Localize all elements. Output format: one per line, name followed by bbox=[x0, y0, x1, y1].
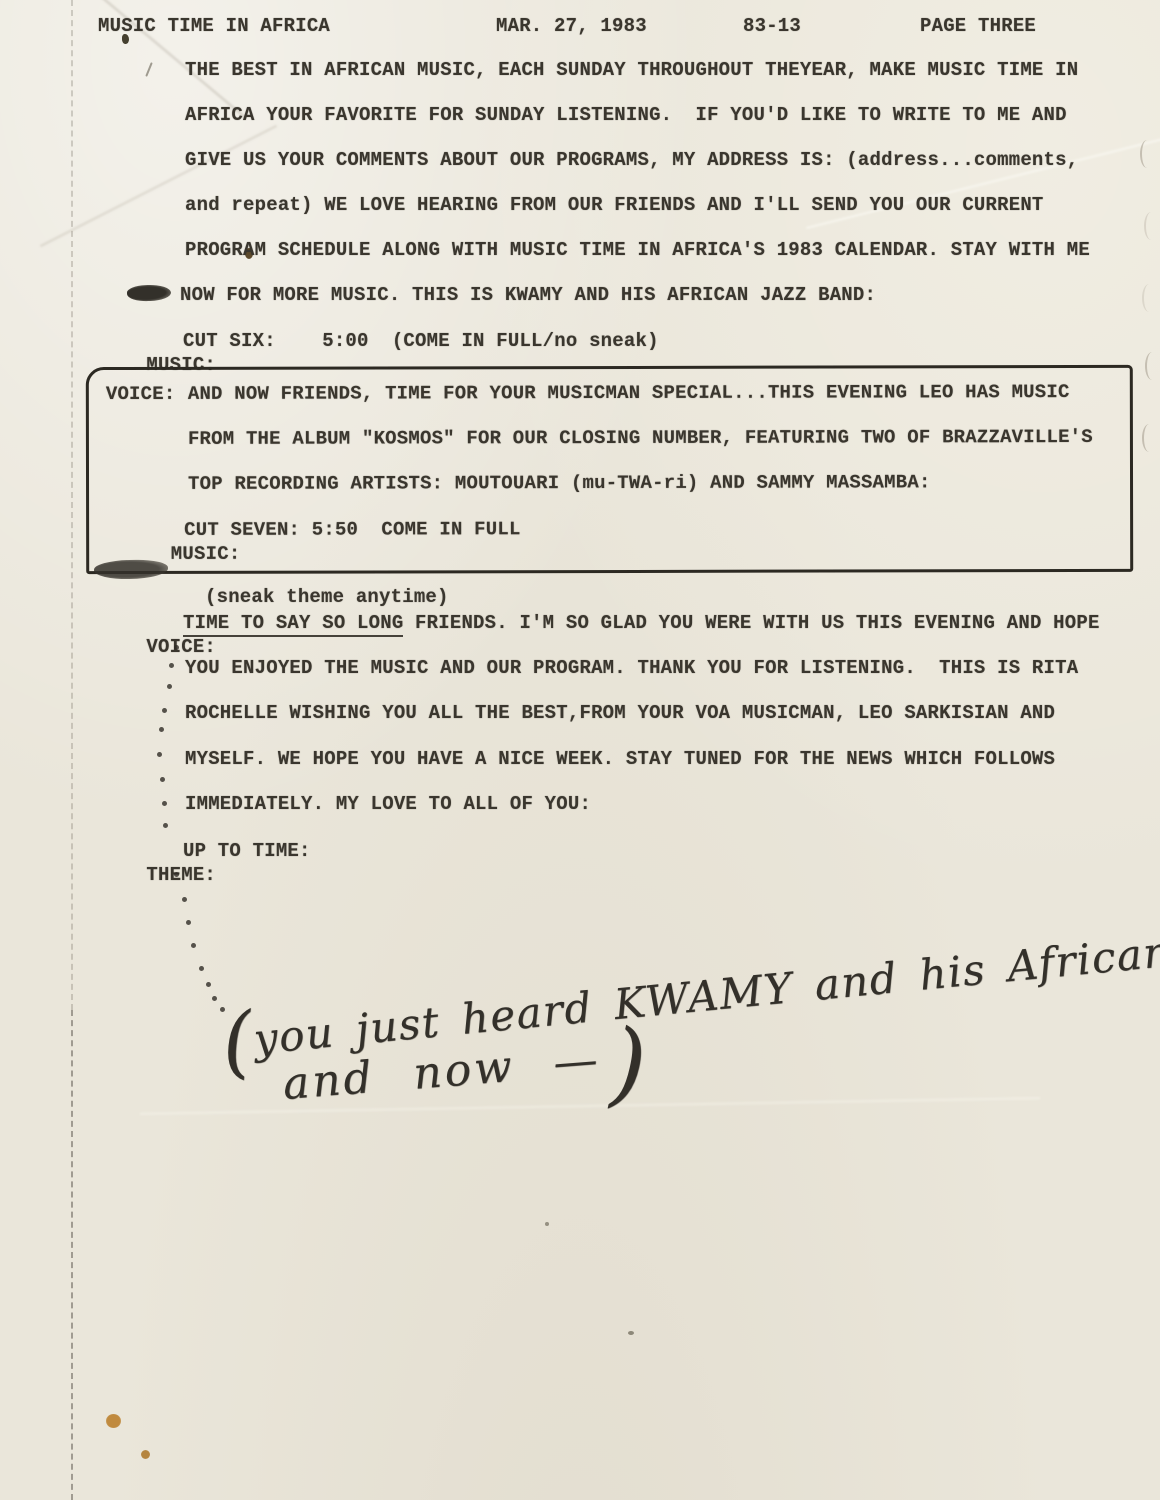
pen-dot bbox=[174, 872, 179, 877]
handwritten-close-paren: ) bbox=[609, 1009, 651, 1117]
pen-dot bbox=[167, 684, 172, 689]
pen-dot bbox=[182, 897, 187, 902]
paper-impression bbox=[1145, 352, 1159, 380]
handwritten-text: and now — bbox=[281, 1034, 602, 1110]
pen-dot bbox=[160, 777, 165, 782]
voice-cue-label: VOICE: bbox=[106, 382, 176, 406]
pen-dot bbox=[191, 943, 196, 948]
script-line: NOW FOR MORE MUSIC. THIS IS KWAMY AND HI… bbox=[180, 283, 876, 307]
pen-dot bbox=[206, 982, 211, 987]
paper-impression bbox=[1144, 212, 1158, 240]
script-line: YOU ENJOYED THE MUSIC AND OUR PROGRAM. T… bbox=[185, 656, 1078, 680]
pen-dot bbox=[157, 752, 162, 757]
script-line: ROCHELLE WISHING YOU ALL THE BEST,FROM Y… bbox=[185, 701, 1055, 725]
stage-direction: (sneak theme anytime) bbox=[205, 585, 449, 609]
handwritten-open-paren: ( bbox=[218, 996, 258, 1089]
pen-dot bbox=[162, 801, 167, 806]
header-page-number: PAGE THREE bbox=[920, 14, 1036, 38]
pen-dot bbox=[163, 823, 168, 828]
boxed-section: VOICE: AND NOW FRIENDS, TIME FOR YOUR MU… bbox=[86, 365, 1133, 574]
stain bbox=[106, 1414, 121, 1428]
paper-speck bbox=[628, 1331, 634, 1335]
script-line: PROGRAM SCHEDULE ALONG WITH MUSIC TIME I… bbox=[185, 238, 1090, 262]
pen-dot bbox=[186, 920, 191, 925]
music-cue-text: CUT SIX: 5:00 (COME IN FULL/no sneak) bbox=[183, 329, 659, 353]
script-line: AFRICA YOUR FAVORITE FOR SUNDAY LISTENIN… bbox=[185, 103, 1067, 127]
script-line: TOP RECORDING ARTISTS: MOUTOUARI (mu-TWA… bbox=[188, 470, 931, 496]
pen-dot bbox=[162, 708, 167, 713]
ink-blot bbox=[127, 284, 172, 302]
fold-line-lower bbox=[71, 1010, 73, 1500]
script-line: THE BEST IN AFRICAN MUSIC, EACH SUNDAY T… bbox=[185, 58, 1078, 82]
script-line: IMMEDIATELY. MY LOVE TO ALL OF YOU: bbox=[185, 792, 591, 816]
scanned-script-page: MUSIC TIME IN AFRICA MAR. 27, 1983 83-13… bbox=[0, 0, 1160, 1500]
music-cue-label: MUSIC: bbox=[171, 542, 241, 566]
crease bbox=[40, 125, 277, 247]
header-script-number: 83-13 bbox=[743, 14, 801, 38]
script-line: GIVE US YOUR COMMENTS ABOUT OUR PROGRAMS… bbox=[185, 148, 1078, 172]
underlined-phrase: TIME TO SAY SO LONG bbox=[183, 612, 403, 637]
stain bbox=[141, 1450, 150, 1459]
header-date: MAR. 27, 1983 bbox=[496, 14, 647, 38]
pen-dot bbox=[159, 727, 164, 732]
pen-dot bbox=[174, 645, 179, 650]
paper-impression bbox=[1140, 140, 1154, 168]
pen-dot bbox=[212, 996, 217, 1001]
script-line: and repeat) WE LOVE HEARING FROM OUR FRI… bbox=[185, 193, 1044, 217]
music-cue-text: CUT SEVEN: 5:50 COME IN FULL bbox=[184, 517, 521, 542]
paper-impression bbox=[1142, 284, 1156, 312]
theme-cue-text: UP TO TIME: bbox=[183, 839, 311, 863]
script-line: MYSELF. WE HOPE YOU HAVE A NICE WEEK. ST… bbox=[185, 747, 1055, 771]
script-line: AND NOW FRIENDS, TIME FOR YOUR MUSICMAN … bbox=[188, 380, 1070, 406]
pencil-mark bbox=[145, 62, 152, 77]
page-title: MUSIC TIME IN AFRICA bbox=[98, 14, 330, 38]
pen-dot bbox=[199, 966, 204, 971]
fold-line bbox=[71, 0, 73, 1010]
theme-cue: THEME: UP TO TIME: bbox=[100, 839, 216, 935]
script-line: FROM THE ALBUM "KOSMOS" FOR OUR CLOSING … bbox=[188, 425, 1093, 451]
pen-dot bbox=[169, 663, 174, 668]
paper-impression bbox=[1142, 424, 1156, 452]
closing-first-line-rest: FRIENDS. I'M SO GLAD YOU WERE WITH US TH… bbox=[403, 612, 1099, 634]
theme-cue-label: THEME: bbox=[146, 863, 216, 887]
closing-first-line: TIME TO SAY SO LONG FRIENDS. I'M SO GLAD… bbox=[183, 611, 1100, 635]
paper-speck bbox=[545, 1222, 549, 1226]
